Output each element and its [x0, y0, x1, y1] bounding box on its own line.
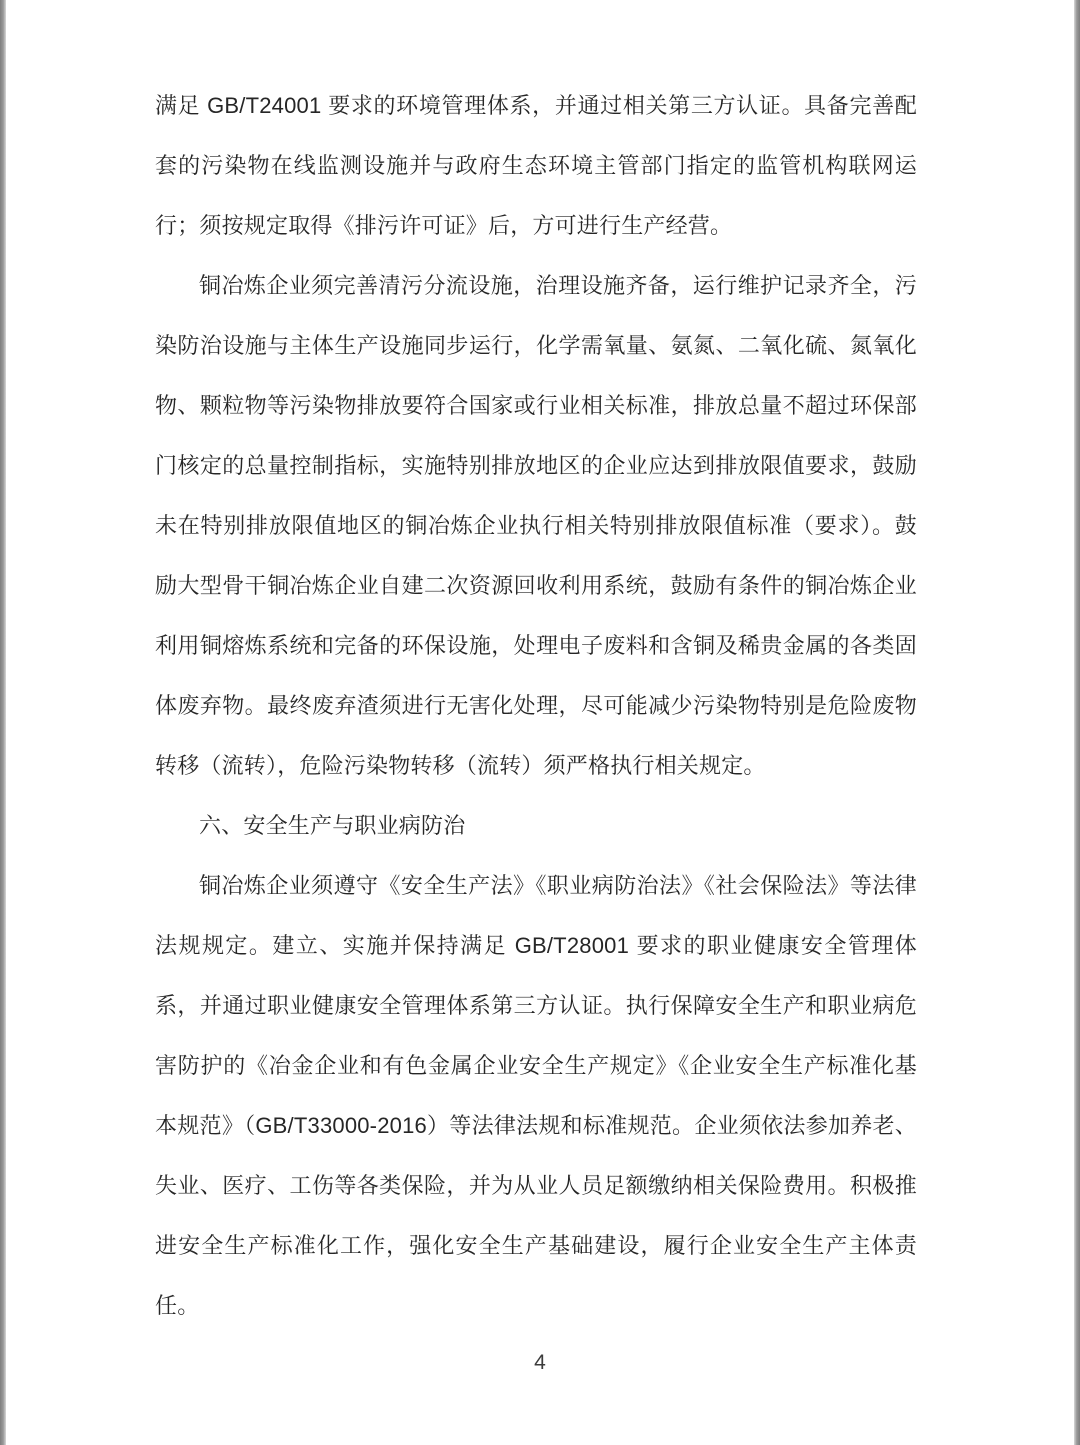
- paragraph-safety-regulations: 铜冶炼企业须遵守《安全生产法》《职业病防治法》《社会保险法》等法律法规规定。建立…: [155, 856, 917, 1336]
- paragraph-pollution-control: 铜冶炼企业须完善清污分流设施，治理设施齐备，运行维护记录齐全，污染防治设施与主体…: [155, 256, 917, 796]
- document-page: 满足 GB/T24001 要求的环境管理体系，并通过相关第三方认证。具备完善配套…: [0, 0, 1080, 1445]
- page-number: 4: [0, 1351, 1080, 1375]
- scan-edge-left: [0, 0, 6, 1445]
- document-content: 满足 GB/T24001 要求的环境管理体系，并通过相关第三方认证。具备完善配套…: [155, 76, 917, 1336]
- paragraph-environment-certification: 满足 GB/T24001 要求的环境管理体系，并通过相关第三方认证。具备完善配套…: [155, 76, 917, 256]
- scan-edge-right: [1074, 0, 1080, 1445]
- section-heading-safety-occupational-disease: 六、安全生产与职业病防治: [155, 796, 917, 856]
